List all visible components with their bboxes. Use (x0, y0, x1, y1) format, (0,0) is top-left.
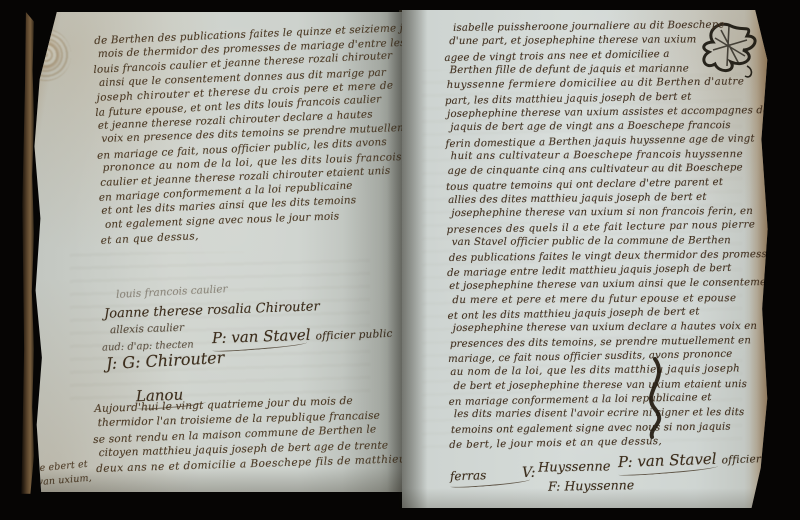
left-next-act-text: Aujourd'hui le vingt quatrieme jour du m… (94, 392, 402, 477)
manuscript-line: huit ans cultivateur a Boeschepe francoi… (451, 148, 768, 165)
signature-bride: Joanne therese rosalia Chirouter (104, 299, 320, 322)
manuscript-line: les dits maries disent l'avoir ecrire ni… (454, 406, 768, 423)
signature-groom: louis francois caulier (116, 283, 228, 301)
manuscript-photograph: de Berthen des publications faites le qu… (0, 0, 800, 520)
signature-officer: P: van Stavelofficier public (212, 323, 393, 351)
officer-title: officier public (721, 452, 768, 467)
signature-huyssenne1: Huyssenne (538, 459, 611, 475)
signature-mark: V: (522, 465, 535, 481)
embossed-seal-icon (30, 29, 71, 81)
manuscript-line: van Stavel officier public de la commune… (452, 234, 768, 251)
left-page: de Berthen des publications faites le qu… (30, 12, 402, 492)
right-page: isabelle puissheroone journaliere au dit… (402, 10, 768, 508)
officer-title: officier public (315, 328, 392, 343)
ink-flourish-icon (639, 357, 671, 439)
manuscript-line: josephephine therese van uxium declare a… (453, 320, 768, 337)
left-act-text: de Berthen des publications faites le qu… (94, 21, 402, 247)
book-fore-edge (16, 12, 34, 494)
right-act-text: isabelle puissheroone journaliere au dit… (446, 18, 768, 452)
signature-ferin: ferras (450, 467, 531, 488)
margin-note: de ebert etvan uxium, (33, 458, 93, 491)
manuscript-line: Berthen fille de defunt de jaquis et mar… (450, 62, 768, 79)
signature-witness1: allexis caulier (110, 322, 184, 337)
signature-huyssenne2: F: Huyssenne (548, 477, 634, 494)
margin-note-line: van uxium, (37, 472, 92, 490)
signature-officer: P: van Stavelofficier public (618, 447, 768, 475)
